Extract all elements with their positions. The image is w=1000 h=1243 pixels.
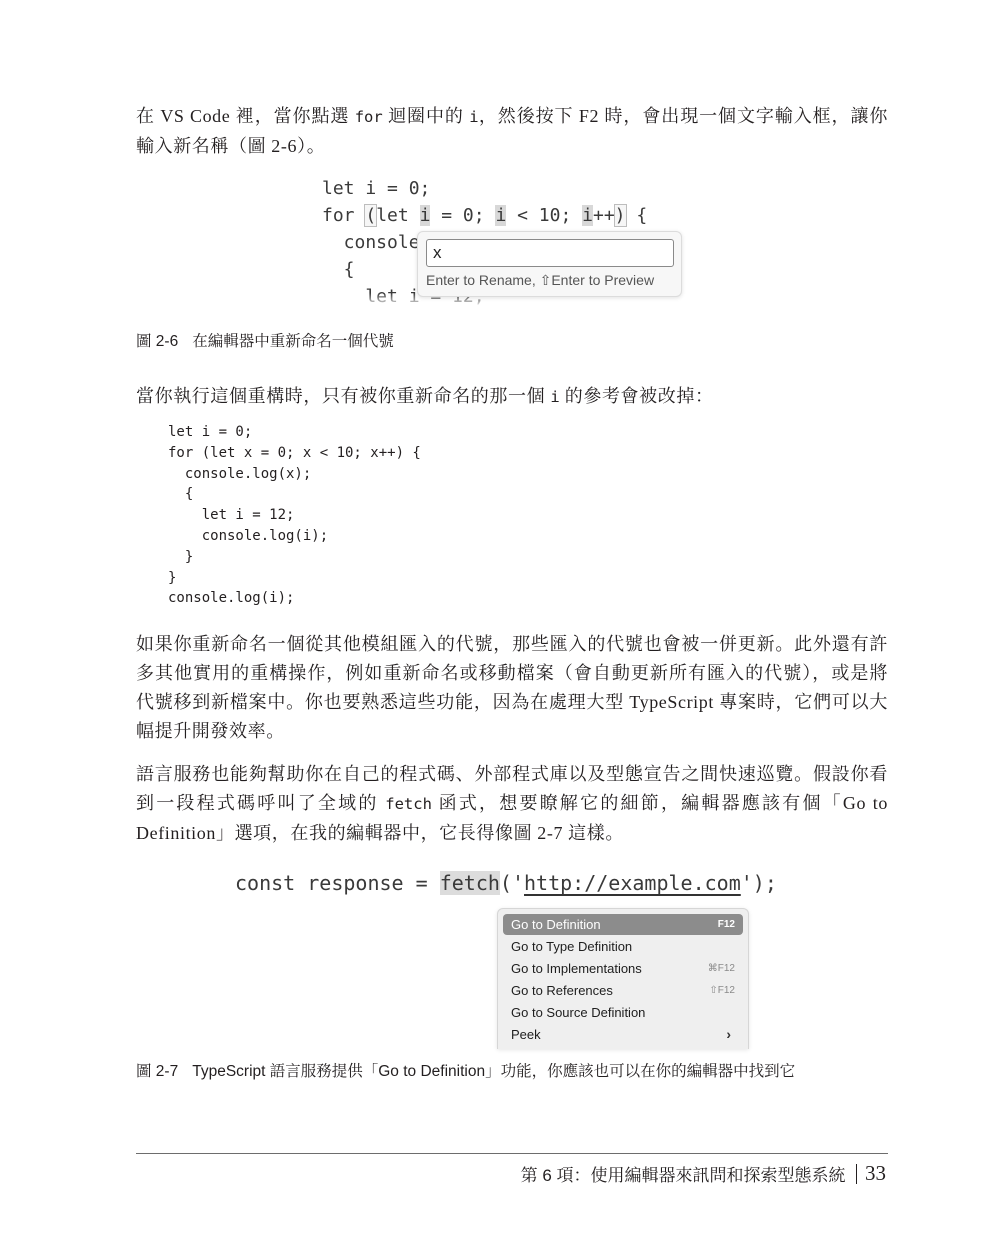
code-line: console.log(x);: [168, 464, 421, 485]
menu-item-go-to-definition[interactable]: Go to Definition F12: [503, 914, 743, 935]
menu-item-go-to-implementations[interactable]: Go to Implementations ⌘F12: [503, 958, 743, 979]
text-segment: 當你執行這個重構時，只有被你重新命名的那一個: [136, 386, 550, 406]
code-line-4: {: [322, 256, 355, 283]
code-line: console.log(i);: [168, 588, 421, 609]
page-footer: 第 6 項：使用編輯器來訊問和探索型態系統 33: [521, 1161, 886, 1186]
menu-item-label: Go to Implementations: [511, 958, 642, 979]
symbol-highlight-i[interactable]: i: [420, 205, 431, 226]
menu-item-go-to-references[interactable]: Go to References ⇧F12: [503, 980, 743, 1001]
figure-rename-symbol: let i = 0; for (let i = 0; i < 10; i++) …: [320, 175, 700, 315]
inline-code-i: i: [550, 388, 559, 406]
paragraph-intro-rename: 在 VS Code 裡，當你點選 for 迴圈中的 i，然後按下 F2 時，會出…: [136, 102, 888, 161]
paragraph-refactor-result: 當你執行這個重構時，只有被你重新命名的那一個 i 的參考會被改掉：: [136, 382, 888, 412]
fetch-symbol-highlight[interactable]: fetch: [440, 871, 500, 895]
text-segment: 在 VS Code 裡，當你點選: [136, 106, 355, 126]
code-line: let i = 0;: [168, 422, 421, 443]
code-line: {: [168, 484, 421, 505]
paragraph-imports-refactoring: 如果你重新命名一個從其他模組匯入的代號，那些匯入的代號也會被一併更新。此外還有許…: [136, 630, 888, 746]
code-line-1: let i = 0;: [322, 175, 430, 202]
code-token: let: [376, 205, 419, 226]
code-token: (': [500, 871, 524, 895]
menu-item-label: Go to Definition: [511, 914, 601, 935]
code-listing: let i = 0;for (let x = 0; x < 10; x++) {…: [168, 422, 421, 609]
menu-item-label: Go to References: [511, 980, 613, 1001]
figure-caption-2-7: 圖 2-7TypeScript 語言服務提供「Go to Definition」…: [136, 1059, 795, 1081]
url-link[interactable]: http://example.com: [524, 871, 741, 895]
inline-code-for: for: [355, 108, 383, 126]
code-token: < 10;: [506, 205, 582, 226]
code-token: = 0;: [430, 205, 495, 226]
code-line: for (let x = 0; x < 10; x++) {: [168, 443, 421, 464]
paragraph-navigation: 語言服務也能夠幫助你在自己的程式碼、外部程式庫以及型態宣告之間快速巡覽。假設你看…: [136, 760, 888, 848]
menu-item-shortcut: F12: [718, 914, 735, 935]
menu-item-label: Go to Type Definition: [511, 936, 632, 957]
rename-popup: x Enter to Rename, ⇧Enter to Preview: [417, 231, 682, 297]
code-token: ++: [593, 205, 615, 226]
matching-bracket-close: ): [615, 205, 626, 226]
symbol-highlight-i[interactable]: i: [495, 205, 506, 226]
caption-number: 圖 2-7: [136, 1063, 178, 1080]
menu-item-label: Go to Source Definition: [511, 1002, 645, 1023]
code-token: ');: [741, 871, 777, 895]
menu-item-peek[interactable]: Peek ›: [503, 1024, 743, 1045]
chevron-right-icon: ›: [726, 1024, 731, 1045]
menu-item-shortcut: ⇧F12: [709, 980, 735, 1001]
running-chapter-title: 第 6 項：使用編輯器來訊問和探索型態系統: [521, 1161, 846, 1186]
code-line-2: for (let i = 0; i < 10; i++) {: [322, 202, 647, 229]
page-number: 33: [865, 1161, 886, 1186]
code-token: const response =: [235, 871, 440, 895]
rename-input[interactable]: x: [426, 239, 674, 267]
footer-divider: [136, 1153, 888, 1154]
code-line: }: [168, 568, 421, 589]
menu-item-label: Peek: [511, 1024, 541, 1045]
code-token: {: [626, 205, 648, 226]
symbol-highlight-i[interactable]: i: [582, 205, 593, 226]
menu-item-go-to-source-definition[interactable]: Go to Source Definition: [503, 1002, 743, 1023]
inline-code-fetch: fetch: [385, 795, 432, 813]
code-line: }: [168, 547, 421, 568]
footer-separator: [856, 1164, 858, 1184]
figure-fetch-code: const response = fetch('http://example.c…: [235, 868, 777, 898]
figure-caption-2-6: 圖 2-6在編輯器中重新命名一個代號: [136, 329, 394, 351]
menu-item-shortcut: ⌘F12: [708, 958, 735, 979]
matching-bracket-open: (: [365, 205, 376, 226]
rename-hint: Enter to Rename, ⇧Enter to Preview: [426, 272, 654, 289]
inline-code-i: i: [469, 108, 478, 126]
caption-text: 在編輯器中重新命名一個代號: [192, 333, 394, 350]
code-line: let i = 12;: [168, 505, 421, 526]
text-segment: 迴圈中的: [383, 106, 470, 126]
code-line: console.log(i);: [168, 526, 421, 547]
text-segment: 的參考會被改掉：: [560, 386, 714, 406]
caption-text: TypeScript 語言服務提供「Go to Definition」功能，你應…: [192, 1063, 795, 1080]
code-line-3: console: [322, 229, 420, 256]
code-token: for: [322, 205, 365, 226]
caption-number: 圖 2-6: [136, 333, 178, 350]
context-menu: Go to Definition F12 Go to Type Definiti…: [497, 908, 749, 1049]
menu-item-go-to-type-definition[interactable]: Go to Type Definition: [503, 936, 743, 957]
